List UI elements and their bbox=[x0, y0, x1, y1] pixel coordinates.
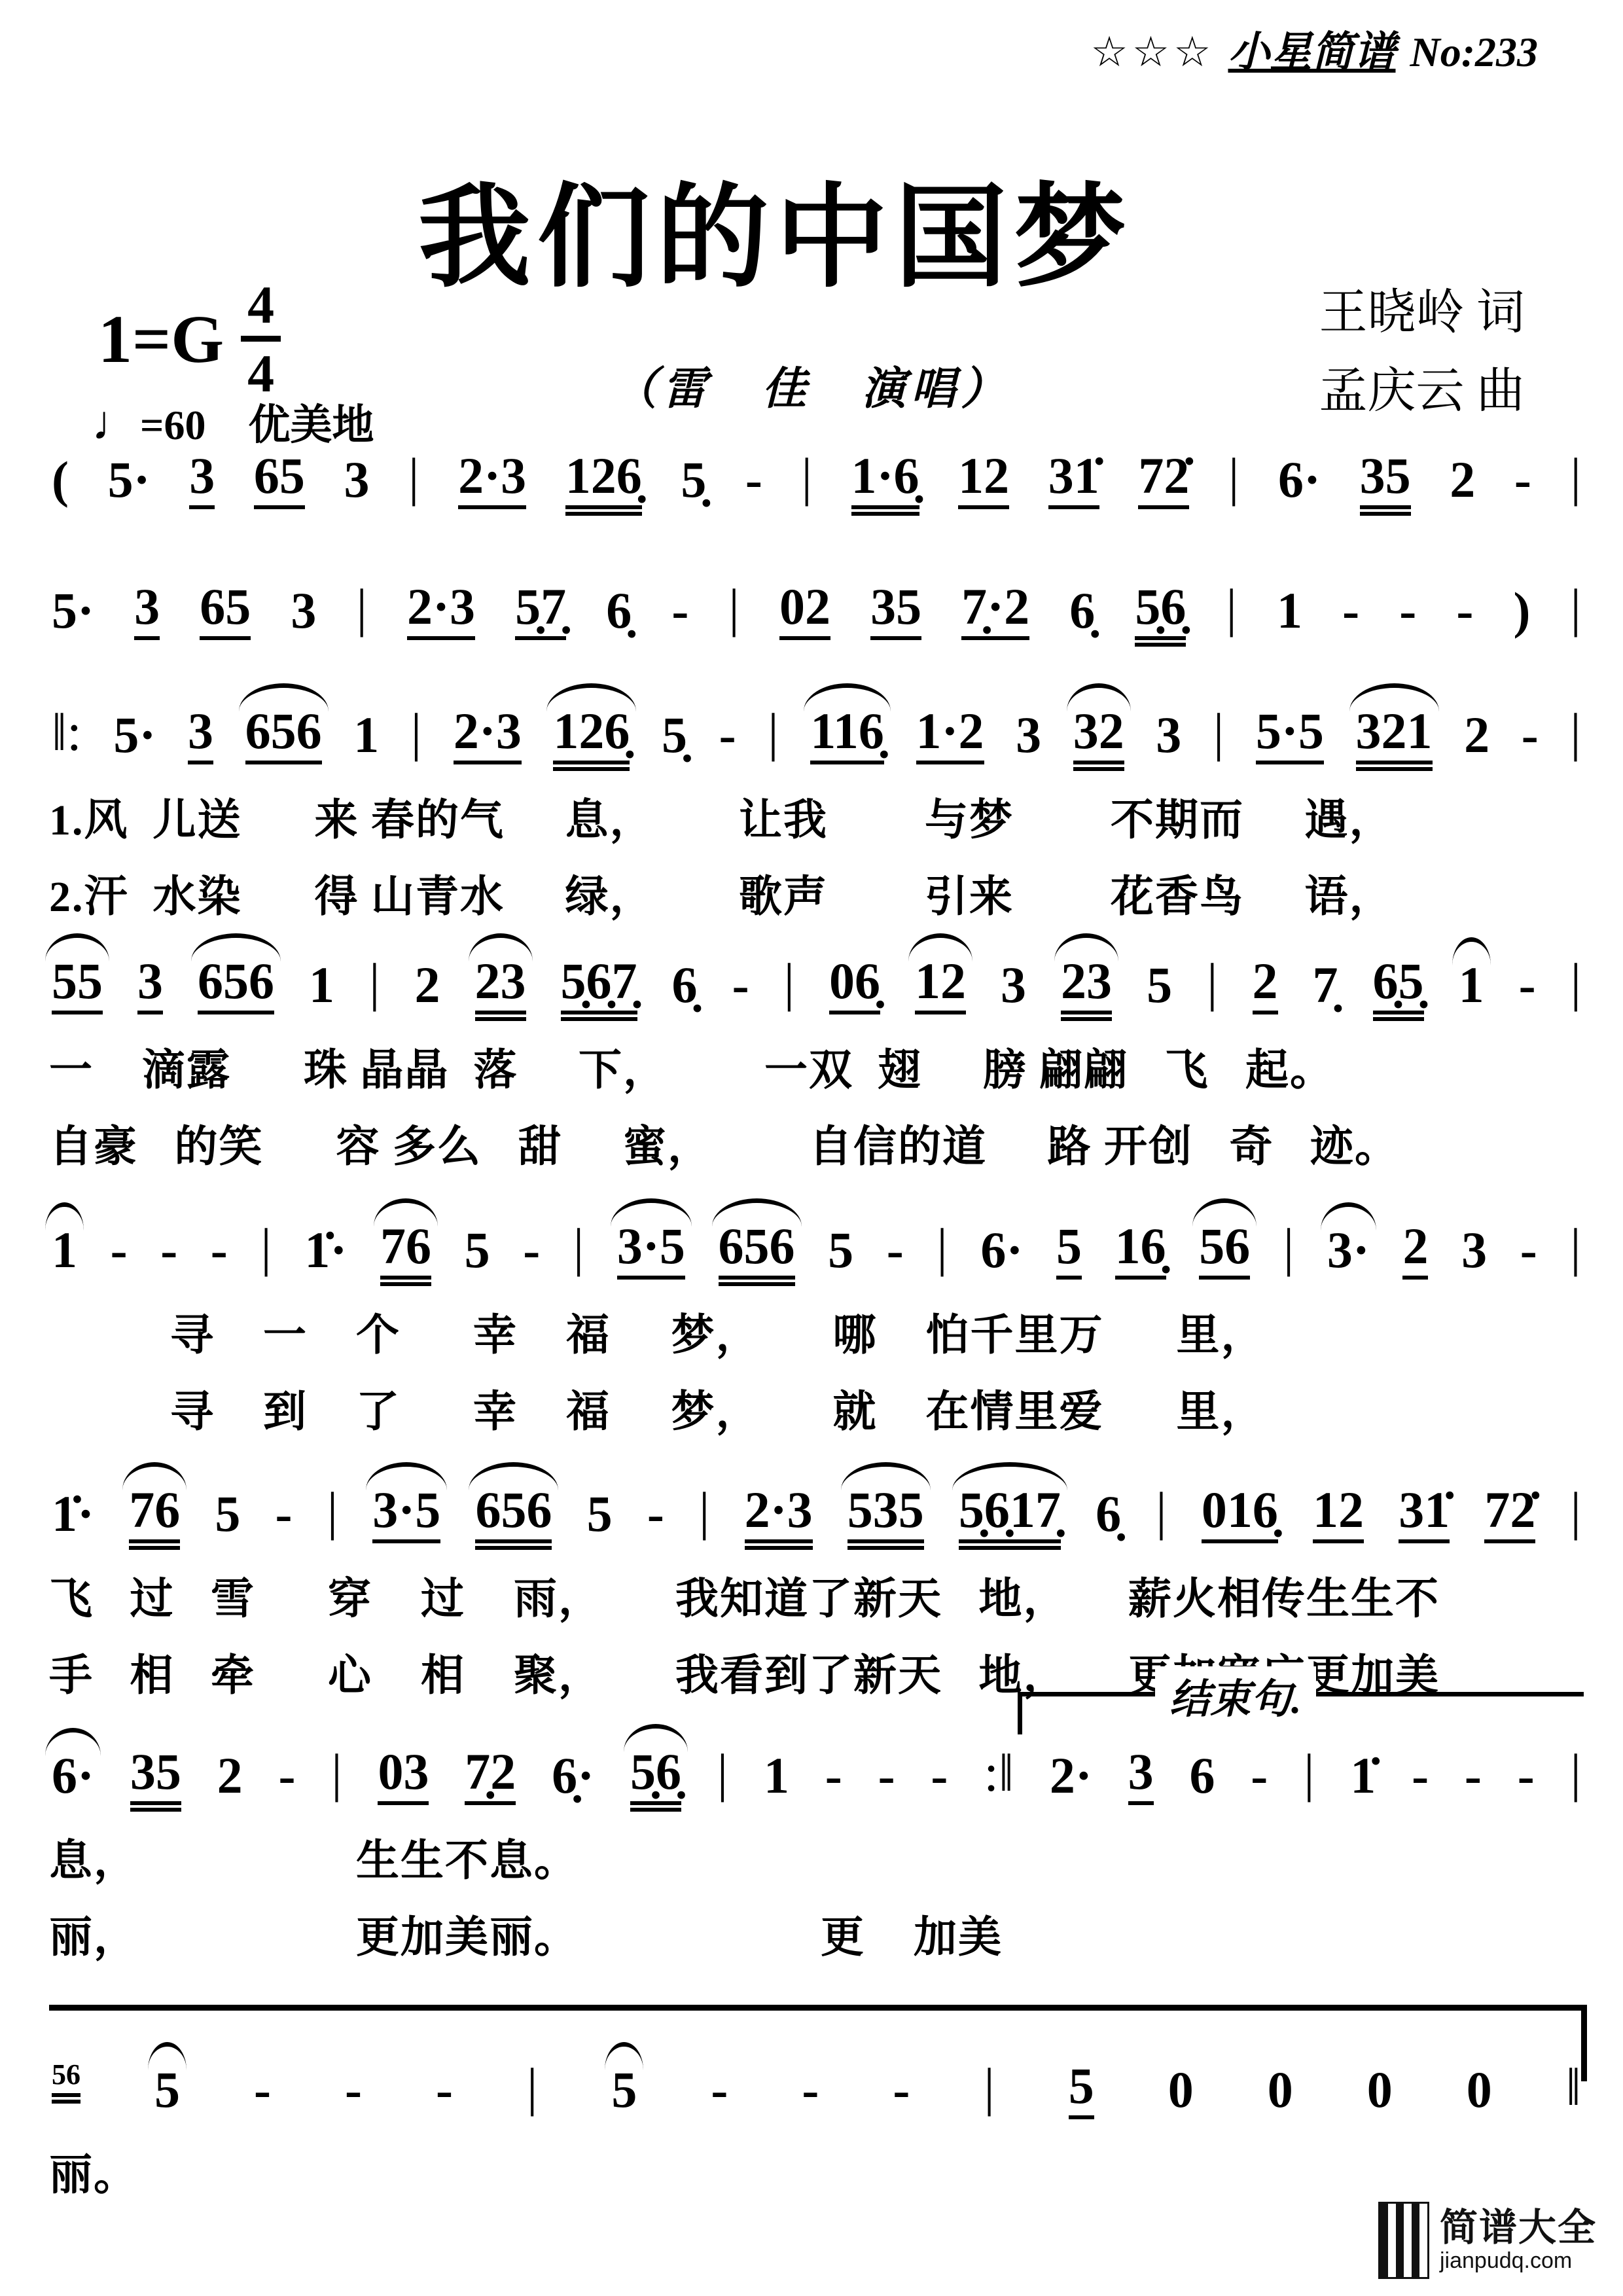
note-group: 6̣· bbox=[549, 1750, 597, 1813]
note-group: 2 bbox=[1400, 1221, 1431, 1287]
note-group: - bbox=[876, 1750, 898, 1813]
note-group: - bbox=[1454, 585, 1476, 648]
notation-row: (5·3653|2·3126̣5̣-|1·6̣1231̇72̇|6·352-| bbox=[49, 437, 1584, 517]
barline: | bbox=[726, 581, 741, 648]
piano-keys-icon bbox=[1378, 2202, 1429, 2279]
header-number: No:233 bbox=[1410, 29, 1538, 75]
music-system-7: 6·352-|037̣26̣·5̣6̣|1---:‖2·36-|1̇---|息，… bbox=[49, 1733, 1584, 1966]
note-group: 3 bbox=[185, 706, 216, 772]
note-group: 2 bbox=[1461, 709, 1492, 772]
note-group: 1 bbox=[351, 709, 382, 772]
note-group: 3 bbox=[135, 956, 166, 1022]
barline: | bbox=[1211, 706, 1226, 772]
note-group: 3 bbox=[1459, 1225, 1489, 1287]
note-group: 5 bbox=[825, 1225, 856, 1287]
note-group: 56 bbox=[1196, 1221, 1253, 1287]
barline: | bbox=[934, 1221, 950, 1287]
note-group: 126̣ bbox=[550, 706, 632, 772]
note-group: 2·3 bbox=[742, 1484, 815, 1551]
lyrics-line: 寻 一 个 幸 福 梦， 哪 怕千里万 里， bbox=[49, 1307, 1584, 1364]
note-group: 656 bbox=[716, 1221, 798, 1287]
lyrics-line: 1.风 儿送 来 春的气 息， 让我 与梦 不期而 遇， bbox=[49, 792, 1584, 849]
barline: | bbox=[1567, 1221, 1583, 1287]
note-group: 3 bbox=[998, 960, 1029, 1022]
notation-row: 1---|1̇·765-|3·56565-|6·516̣56|3·23-| bbox=[49, 1208, 1584, 1287]
note-group: 1 bbox=[761, 1750, 792, 1813]
note-group: - bbox=[730, 960, 752, 1022]
note-group: 65 bbox=[251, 450, 308, 517]
note-group: - bbox=[1519, 709, 1541, 772]
note-group: 23 bbox=[473, 956, 529, 1022]
note-group: 3 bbox=[341, 454, 372, 517]
lyrics-line: 自豪 的笑 容 多么 甜 蜜， 自信的道 路 开创 奇 迹。 bbox=[49, 1119, 1584, 1175]
note-group: 656 bbox=[473, 1484, 554, 1551]
note-group: - bbox=[1409, 1750, 1431, 1813]
note-group: 016̣ bbox=[1199, 1484, 1281, 1551]
note-group: - bbox=[276, 1750, 298, 1813]
note-group: 72̇ bbox=[1482, 1484, 1538, 1551]
note-group: 6̣ bbox=[1093, 1488, 1124, 1551]
barline: | bbox=[715, 1746, 730, 1813]
continuation-line bbox=[49, 2005, 1587, 2081]
barline: | bbox=[329, 1746, 344, 1813]
note-group: - bbox=[669, 585, 691, 648]
note-group: 3 bbox=[1013, 709, 1044, 772]
note-group: 5·5 bbox=[1253, 706, 1327, 772]
note-group: 76 bbox=[378, 1221, 434, 1287]
note-group: 6̣ bbox=[669, 960, 700, 1022]
note-group: - bbox=[823, 1750, 845, 1813]
note-group: 126̣ bbox=[563, 450, 645, 517]
note-group: 656 bbox=[195, 956, 277, 1022]
note-group: 3 bbox=[1153, 709, 1184, 772]
barline: | bbox=[1568, 1484, 1584, 1551]
note-group: 6̣ bbox=[1067, 585, 1097, 648]
note-group: 5̣6̣ bbox=[628, 1746, 684, 1813]
meter-top: 4 bbox=[241, 278, 281, 342]
note-group: 321 bbox=[1353, 706, 1435, 772]
note-group: 2·3 bbox=[455, 450, 529, 517]
barline: | bbox=[406, 450, 421, 517]
notation-row: 5·3653|2·35̣7̣6̣-|02357̣·26̣5̣6̣|1---)| bbox=[49, 568, 1584, 648]
note-group: 2 bbox=[1250, 956, 1281, 1022]
barline: | bbox=[408, 706, 424, 772]
note-group: 1̇· bbox=[302, 1225, 349, 1287]
note-group: 5· bbox=[49, 585, 97, 648]
lyrics-line: 一 滴露 珠 晶晶 落 下， 一双 翅 膀 翩翩 飞 起。 bbox=[49, 1042, 1584, 1099]
note-group: 12 bbox=[912, 956, 969, 1022]
lyrics-line: 丽， 更加美丽。 更 加美 bbox=[49, 1909, 1584, 1966]
note-group: - bbox=[108, 1225, 130, 1287]
note-group: - bbox=[1248, 1750, 1270, 1813]
note-group: - bbox=[1512, 454, 1534, 517]
note-group: 3·5 bbox=[370, 1484, 443, 1551]
note-group: 1 bbox=[1456, 960, 1487, 1022]
note-group: - bbox=[743, 454, 765, 517]
note-group: 76 bbox=[126, 1484, 183, 1551]
note-group: 2 bbox=[1447, 454, 1478, 517]
note-group: - bbox=[645, 1488, 667, 1551]
note-group: 3 bbox=[132, 581, 162, 648]
barline: | bbox=[325, 1484, 340, 1551]
note-group: 656 bbox=[243, 706, 325, 772]
note-group: 1 bbox=[49, 1225, 80, 1287]
barline: | bbox=[1224, 581, 1240, 648]
lyricist-credit: 王晓岭 词 bbox=[1319, 274, 1525, 352]
note-group: 2 bbox=[215, 1750, 245, 1813]
music-system-6: 1̇·765-|3·56565-|2·35355̣6̣17̣6̣|016̣123… bbox=[49, 1471, 1584, 1704]
music-system-3: ‖:5·36561|2·3126̣5̣-|116̣1·23323|5·53212… bbox=[49, 692, 1584, 925]
note-group: 7̣·2 bbox=[959, 581, 1032, 648]
header: ☆☆☆小星简谱No:233 bbox=[1090, 18, 1538, 79]
note-group: 2·3 bbox=[451, 706, 524, 772]
note-group: 32 bbox=[1071, 706, 1127, 772]
note-group: 3·5 bbox=[615, 1221, 688, 1287]
note-group: 6 bbox=[1186, 1750, 1217, 1813]
note-group: 2·3 bbox=[404, 581, 478, 648]
note-group: 1·2 bbox=[914, 706, 987, 772]
barline: | bbox=[1568, 1746, 1584, 1813]
barline: | bbox=[571, 1221, 586, 1287]
note-group: 12 bbox=[1310, 1484, 1366, 1551]
note-group: 3· bbox=[1325, 1225, 1372, 1287]
music-system-2: 5·3653|2·35̣7̣6̣-|02357̣·26̣5̣6̣|1---)| bbox=[49, 568, 1584, 648]
note-group: 116̣ bbox=[808, 706, 887, 772]
music-system-5: 1---|1̇·765-|3·56565-|6·516̣56|3·23-| 寻 … bbox=[49, 1208, 1584, 1441]
lyrics-line: 飞 过 雪 穿 过 雨， 我知道了新天 地， 薪火相传生生不 bbox=[49, 1571, 1584, 1628]
note-group: 1·6̣ bbox=[849, 450, 922, 517]
note-group: 16̣ bbox=[1113, 1221, 1169, 1287]
barline: | bbox=[1301, 1746, 1317, 1813]
note-group: 5 bbox=[462, 1225, 493, 1287]
note-group: 06̣ bbox=[827, 956, 883, 1022]
note-group: 2 bbox=[412, 960, 443, 1022]
note-group: 6· bbox=[978, 1225, 1026, 1287]
note-group: - bbox=[273, 1488, 295, 1551]
barline: | bbox=[366, 956, 382, 1022]
barline: | bbox=[1226, 450, 1241, 517]
note-group: 5 bbox=[212, 1488, 243, 1551]
sheet-music-page: ☆☆☆小星简谱No:233 我们的中国梦 王晓岭 词 孟庆云 曲 1=G 4 4… bbox=[0, 0, 1623, 2296]
music-system-4: 5536561|2235̣6̣7̣6̣-|06̣123235|27̣6̣5̣1-… bbox=[49, 942, 1584, 1175]
note-group: 535 bbox=[845, 1484, 927, 1551]
barline: | bbox=[1153, 1484, 1169, 1551]
watermark-site: jianpudq.com bbox=[1440, 2249, 1597, 2273]
note-group: - bbox=[1462, 1750, 1484, 1813]
barline: ‖: bbox=[49, 706, 84, 772]
note-group: - bbox=[1515, 1750, 1537, 1813]
note-group: - bbox=[520, 1225, 543, 1287]
barline: | bbox=[1567, 706, 1583, 772]
header-brand: 小星简谱 bbox=[1228, 29, 1395, 75]
barline: | bbox=[1204, 956, 1220, 1022]
note-group: 5 bbox=[1144, 960, 1175, 1022]
watermark: 简谱大全 jianpudq.com bbox=[1378, 2202, 1597, 2279]
note-group: 2· bbox=[1047, 1750, 1095, 1813]
barline: :‖ bbox=[981, 1746, 1016, 1813]
note-group: - bbox=[884, 1225, 906, 1287]
note-group: - bbox=[1397, 585, 1419, 648]
lyrics-line: 寻 到 了 幸 福 梦， 就 在情里爱 里， bbox=[49, 1384, 1584, 1441]
notation-row: 5536561|2235̣6̣7̣6̣-|06̣123235|27̣6̣5̣1-… bbox=[49, 942, 1584, 1022]
barline: | bbox=[765, 706, 781, 772]
note-group: 5̣6̣17̣ bbox=[956, 1484, 1063, 1551]
note-group: 7̣ bbox=[1310, 960, 1341, 1022]
note-group: 1̇ bbox=[1347, 1750, 1378, 1813]
note-group: 6· bbox=[49, 1750, 97, 1813]
note-group: - bbox=[928, 1750, 950, 1813]
note-group: 5 bbox=[1054, 1221, 1084, 1287]
note-group: 6̣5̣ bbox=[1370, 956, 1427, 1022]
note-group: 31̇ bbox=[1046, 450, 1102, 517]
note-group: - bbox=[158, 1225, 180, 1287]
ending-bracket: 结束句. bbox=[1018, 1692, 1584, 1696]
parenthesis: ) bbox=[1510, 585, 1533, 648]
notation-row: 6·352-|037̣26̣·5̣6̣|1---:‖2·36-|1̇---| bbox=[49, 1733, 1584, 1813]
barline: | bbox=[781, 956, 797, 1022]
barline: | bbox=[1281, 1221, 1296, 1287]
note-group: - bbox=[1518, 1225, 1540, 1287]
note-group: 5 bbox=[584, 1488, 615, 1551]
note-group: 1 bbox=[1274, 585, 1305, 648]
note-group: 35 bbox=[128, 1746, 184, 1813]
note-group: - bbox=[1516, 960, 1539, 1022]
note-group: 5̣6̣7̣ bbox=[558, 956, 640, 1022]
note-group: 72̇ bbox=[1135, 450, 1192, 517]
note-group: 7̣2 bbox=[462, 1746, 518, 1813]
note-group: - bbox=[208, 1225, 230, 1287]
lyrics-line: 息， 生生不息。 bbox=[49, 1833, 1584, 1890]
barline: | bbox=[1567, 450, 1583, 517]
notation-row: 1̇·765-|3·56565-|2·35355̣6̣17̣6̣|016̣123… bbox=[49, 1471, 1584, 1551]
barline: | bbox=[696, 1484, 712, 1551]
note-group: 65 bbox=[197, 581, 253, 648]
notation-row: ‖:5·36561|2·3126̣5̣-|116̣1·23323|5·53212… bbox=[49, 692, 1584, 772]
note-group: 5̣6̣ bbox=[1132, 581, 1188, 648]
note-group: 5̣ bbox=[678, 454, 709, 517]
lyrics-line: 2.汗 水染 得 山青水 绿， 歌声 引来 花香鸟 语， bbox=[49, 869, 1584, 925]
note-group: 31̇ bbox=[1396, 1484, 1452, 1551]
note-group: 12 bbox=[955, 450, 1012, 517]
note-group: 5̣ bbox=[659, 709, 690, 772]
stars-icon: ☆☆☆ bbox=[1090, 29, 1215, 75]
note-group: 3 bbox=[288, 585, 319, 648]
note-group: 55 bbox=[49, 956, 105, 1022]
barline: | bbox=[258, 1221, 274, 1287]
note-group: 6̣ bbox=[603, 585, 634, 648]
note-group: - bbox=[717, 709, 739, 772]
barline: | bbox=[1568, 956, 1584, 1022]
note-group: 02 bbox=[777, 581, 833, 648]
lyrics-line: 丽。 bbox=[49, 2147, 1584, 2204]
note-group: 5· bbox=[105, 454, 153, 517]
note-group: 3 bbox=[187, 450, 217, 517]
barline: | bbox=[353, 581, 369, 648]
barline: | bbox=[799, 450, 815, 517]
performer-subtitle: （雷 佳 演唱） bbox=[0, 353, 1623, 417]
watermark-name: 简谱大全 bbox=[1440, 2207, 1597, 2249]
barline: | bbox=[1568, 581, 1584, 648]
music-system-1: (5·3653|2·3126̣5̣-|1·6̣1231̇72̇|6·352-| bbox=[49, 437, 1584, 517]
note-group: 23 bbox=[1058, 956, 1115, 1022]
note-group: 5̣7̣ bbox=[512, 581, 569, 648]
note-group: 03 bbox=[375, 1746, 431, 1813]
note-group: 1 bbox=[306, 960, 337, 1022]
note-group: 6· bbox=[1275, 454, 1323, 517]
note-group: 35 bbox=[868, 581, 924, 648]
note-group: - bbox=[1340, 585, 1362, 648]
note-group: 35 bbox=[1357, 450, 1414, 517]
note-group: 5· bbox=[111, 709, 158, 772]
note-group: 3 bbox=[1126, 1746, 1156, 1813]
note-group: 1̇· bbox=[49, 1488, 97, 1551]
parenthesis: ( bbox=[49, 454, 71, 517]
ending-label: 结束句. bbox=[1155, 1666, 1316, 1725]
